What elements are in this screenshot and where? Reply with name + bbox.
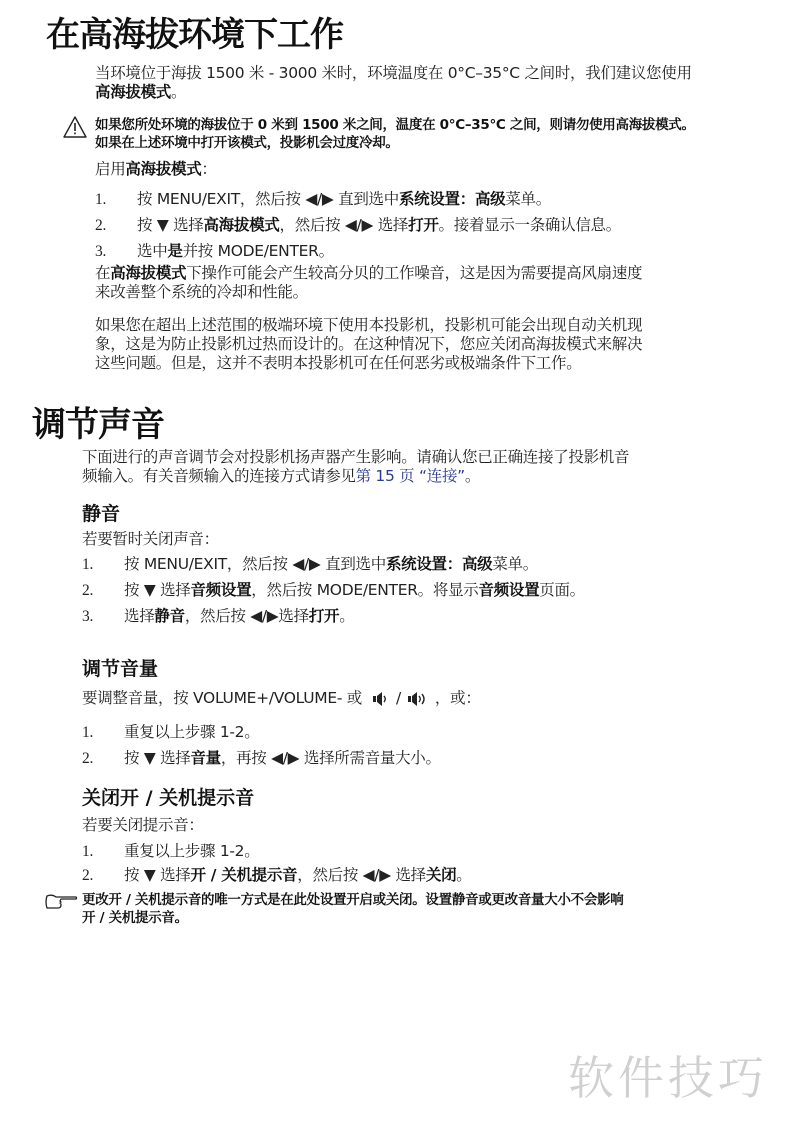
text: 选中: [137, 242, 167, 260]
text: ，或：: [435, 689, 481, 708]
step-number: 1.: [82, 555, 124, 574]
list-item: 2. 按 ▼ 选择音频设置，然后按 MODE/ENTER。将显示音频设置页面。: [82, 581, 772, 600]
subsection-title-beep: 关闭开 / 关机提示音: [82, 786, 254, 810]
menu-term: 高海拔模式: [203, 216, 279, 234]
volume-down-icon: [372, 689, 390, 708]
list-item: 3. 选择静音，然后按 ◀/▶选择打开。: [82, 607, 772, 626]
menu-term: 静音: [154, 607, 184, 625]
line: 在高海拔模式下操作可能会产生较高分贝的工作噪音，这是因为需要提高风扇速度: [95, 264, 642, 283]
subsection-title-mute: 静音: [82, 502, 120, 526]
extreme-env-paragraph: 如果您在超出上述范围的极端环境下使用本投影机，投影机可能会出现自动关机现 象，这…: [95, 316, 642, 373]
mute-steps-list: 1. 按 MENU/EXIT，然后按 ◀/▶ 直到选中系统设置：高级菜单。 2.…: [82, 555, 772, 626]
line: 频输入。有关音频输入的连接方式请参见第 15 页 “连接”。: [82, 467, 629, 486]
menu-term: 系统设置：高级: [386, 555, 492, 573]
separator: /: [396, 689, 401, 708]
step-text: 重复以上步骤 1-2。: [124, 842, 259, 861]
intro-line-1: 当环境位于海拔 1500 米 - 3000 米时，环境温度在 0°C–35°C …: [95, 64, 692, 83]
menu-term: 系统设置：高级: [399, 190, 505, 208]
punct: 。: [171, 83, 186, 101]
step-text: 选择静音，然后按 ◀/▶选择打开。: [124, 607, 354, 626]
step-number: 1.: [82, 842, 124, 861]
text: 频输入。有关音频输入的连接方式请参见: [82, 467, 356, 485]
beep-lead: 若要关闭提示音：: [82, 816, 204, 835]
text: 按 ▼ 选择: [137, 216, 203, 234]
high-altitude-mode-term: 高海拔模式: [95, 83, 171, 101]
link-title[interactable]: “连接”: [419, 467, 465, 485]
text: ，然后按 ◀/▶ 选择: [280, 216, 409, 234]
text: 。: [339, 607, 354, 625]
menu-term: 打开: [309, 607, 339, 625]
text: ，再按 ◀/▶ 选择所需音量大小。: [221, 749, 441, 767]
list-item: 3. 选中是并按 MODE/ENTER。: [95, 242, 775, 261]
menu-term: 音频设置: [478, 581, 539, 599]
beep-steps-list: 1. 重复以上步骤 1-2。 2. 按 ▼ 选择开 / 关机提示音，然后按 ◀/…: [82, 842, 772, 885]
step-text: 选中是并按 MODE/ENTER。: [137, 242, 334, 261]
high-altitude-mode-term: 高海拔模式: [125, 160, 201, 178]
beep-note: 更改开 / 关机提示音的唯一方式是在此处设置开启或关闭。设置静音或更改音量大小不…: [82, 891, 623, 927]
menu-term: 是: [167, 242, 182, 260]
text: 。: [456, 866, 471, 884]
line: 象，这是为防止投影机过热而设计的。在这种情况下，您应关闭高海拔模式来解决: [95, 335, 642, 354]
list-item: 1. 重复以上步骤 1-2。: [82, 842, 772, 861]
high-altitude-mode-term: 高海拔模式: [110, 264, 186, 282]
volume-lead: 要调整音量，按 VOLUME+/VOLUME- 或 / ，或：: [82, 689, 481, 708]
step-number: 3.: [82, 607, 124, 626]
subsection-title-volume: 调节音量: [82, 657, 158, 681]
page-15-link[interactable]: 第 15 页 “连接”: [356, 467, 465, 485]
text: 按 MENU/EXIT，然后按 ◀/▶ 直到选中: [124, 555, 386, 573]
step-number: 2.: [82, 866, 124, 885]
note-line-1: 更改开 / 关机提示音的唯一方式是在此处设置开启或关闭。设置静音或更改音量大小不…: [82, 891, 623, 909]
menu-term: 音频设置: [190, 581, 251, 599]
link-page[interactable]: 第 15 页: [356, 467, 415, 485]
text: ，然后按 ◀/▶ 选择: [297, 866, 426, 884]
text: 按 MENU/EXIT，然后按 ◀/▶ 直到选中: [137, 190, 399, 208]
enable-steps-list: 1. 按 MENU/EXIT，然后按 ◀/▶ 直到选中系统设置：高级菜单。 2.…: [95, 190, 775, 261]
mute-lead: 若要暂时关闭声音：: [82, 530, 219, 549]
text: 按 ▼ 选择: [124, 581, 190, 599]
intro-paragraph: 当环境位于海拔 1500 米 - 3000 米时，环境温度在 0°C–35°C …: [95, 64, 692, 102]
volume-steps-list: 1. 重复以上步骤 1-2。 2. 按 ▼ 选择音量，再按 ◀/▶ 选择所需音量…: [82, 723, 772, 768]
menu-term: 开 / 关机提示音: [190, 866, 297, 884]
step-text: 按 ▼ 选择音量，再按 ◀/▶ 选择所需音量大小。: [124, 749, 441, 768]
step-text: 重复以上步骤 1-2。: [124, 723, 259, 742]
step-text: 按 MENU/EXIT，然后按 ◀/▶ 直到选中系统设置：高级菜单。: [137, 190, 551, 209]
menu-term: 关闭: [426, 866, 456, 884]
text: 启用: [95, 160, 125, 178]
step-number: 2.: [82, 749, 124, 768]
text: 按 ▼ 选择: [124, 866, 190, 884]
text: 选择: [124, 607, 154, 625]
list-item: 1. 重复以上步骤 1-2。: [82, 723, 772, 742]
volume-up-icon: [407, 689, 429, 708]
text: ，然后按 MODE/ENTER。将显示: [251, 581, 478, 599]
text: 页面。: [539, 581, 585, 599]
step-number: 3.: [95, 242, 137, 261]
step-number: 1.: [82, 723, 124, 742]
menu-term: 打开: [408, 216, 438, 234]
step-number: 1.: [95, 190, 137, 209]
intro-line-2: 高海拔模式。: [95, 83, 692, 102]
warning-line-2: 如果在上述环境中打开该模式，投影机会过度冷却。: [95, 134, 695, 152]
line: 来改善整个系统的冷却和性能。: [95, 283, 642, 302]
step-text: 按 ▼ 选择音频设置，然后按 MODE/ENTER。将显示音频设置页面。: [124, 581, 585, 600]
text: 。接着显示一条确认信息。: [439, 216, 621, 234]
list-item: 2. 按 ▼ 选择音量，再按 ◀/▶ 选择所需音量大小。: [82, 749, 772, 768]
step-number: 2.: [82, 581, 124, 600]
text: 按 ▼ 选择: [124, 749, 190, 767]
step-text: 按 ▼ 选择高海拔模式，然后按 ◀/▶ 选择打开。接着显示一条确认信息。: [137, 216, 621, 235]
warning-line-1: 如果您所处环境的海拔位于 0 米到 1500 米之间，温度在 0°C–35°C …: [95, 116, 695, 134]
text: 菜单。: [492, 555, 538, 573]
text: 在: [95, 264, 110, 282]
line: 这些问题。但是，这并不表明本投影机可在任何恶劣或极端条件下工作。: [95, 354, 642, 373]
list-item: 1. 按 MENU/EXIT，然后按 ◀/▶ 直到选中系统设置：高级菜单。: [95, 190, 775, 209]
menu-term: 音量: [190, 749, 220, 767]
line: 如果您在超出上述范围的极端环境下使用本投影机，投影机可能会出现自动关机现: [95, 316, 642, 335]
text: 要调整音量，按 VOLUME+/VOLUME- 或: [82, 689, 362, 708]
step-text: 按 MENU/EXIT，然后按 ◀/▶ 直到选中系统设置：高级菜单。: [124, 555, 538, 574]
section-title-high-altitude: 在高海拔环境下工作: [46, 15, 343, 55]
warning-note: 如果您所处环境的海拔位于 0 米到 1500 米之间，温度在 0°C–35°C …: [95, 116, 695, 152]
text: ：: [201, 160, 216, 178]
step-text: 按 ▼ 选择开 / 关机提示音，然后按 ◀/▶ 选择关闭。: [124, 866, 471, 885]
text: 下操作可能会产生较高分贝的工作噪音，这是因为需要提高风扇速度: [186, 264, 642, 282]
step-number: 2.: [95, 216, 137, 235]
text: 菜单。: [505, 190, 551, 208]
sound-intro: 下面进行的声音调节会对投影机扬声器产生影响。请确认您已正确连接了投影机音 频输入…: [82, 448, 629, 486]
enable-lead: 启用高海拔模式：: [95, 160, 217, 179]
watermark: 软件技巧: [568, 1042, 768, 1108]
warning-triangle-icon: [62, 115, 88, 139]
noise-paragraph: 在高海拔模式下操作可能会产生较高分贝的工作噪音，这是因为需要提高风扇速度 来改善…: [95, 264, 642, 302]
list-item: 2. 按 ▼ 选择开 / 关机提示音，然后按 ◀/▶ 选择关闭。: [82, 866, 772, 885]
punct: 。: [465, 467, 480, 485]
note-line-2: 开 / 关机提示音。: [82, 909, 623, 927]
list-item: 2. 按 ▼ 选择高海拔模式，然后按 ◀/▶ 选择打开。接着显示一条确认信息。: [95, 216, 775, 235]
list-item: 1. 按 MENU/EXIT，然后按 ◀/▶ 直到选中系统设置：高级菜单。: [82, 555, 772, 574]
text: 并按 MODE/ENTER。: [183, 242, 334, 260]
pointing-hand-icon: [44, 891, 78, 911]
line: 下面进行的声音调节会对投影机扬声器产生影响。请确认您已正确连接了投影机音: [82, 448, 629, 467]
section-title-sound: 调节声音: [32, 405, 164, 445]
text: ，然后按 ◀/▶选择: [185, 607, 309, 625]
